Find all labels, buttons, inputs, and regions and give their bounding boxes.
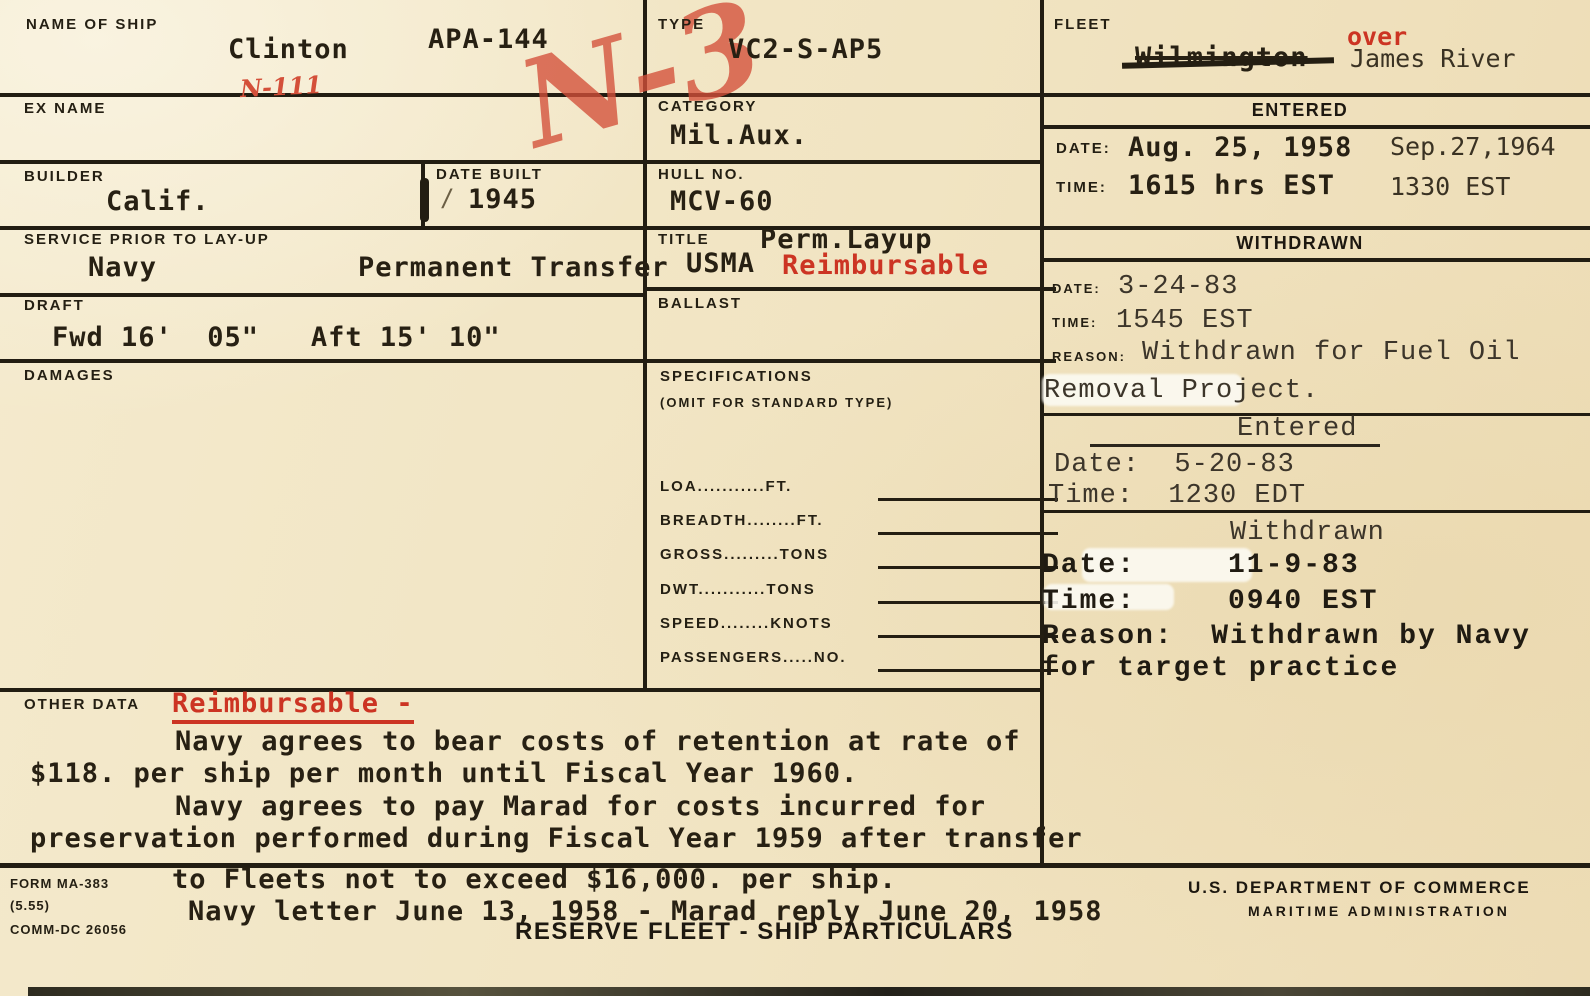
draft-label: DRAFT (24, 297, 85, 314)
hull-no-label: HULL NO. (658, 166, 745, 183)
service-prior-value-1: Navy (88, 252, 157, 283)
other-data-line-2: $118. per ship per month until Fiscal Ye… (30, 758, 858, 789)
entered-time-1: 1615 hrs EST (1128, 170, 1335, 201)
spec-row-loa: LOA...........FT. (660, 478, 792, 495)
entered2-title: Entered (1237, 414, 1357, 444)
date-built-mark: ∕ (440, 184, 454, 212)
specifications-note: (OMIT FOR STANDARD TYPE) (660, 395, 893, 410)
hull-no-value: MCV-60 (670, 186, 774, 217)
fleet-value: James River (1350, 44, 1516, 73)
title-org: USMA (686, 248, 755, 279)
service-prior-value-2: Permanent Transfer (358, 252, 669, 283)
spec-blank-gross (878, 566, 1058, 569)
agency-line-2: MARITIME ADMINISTRATION (1248, 903, 1510, 919)
rule-hullno-top (643, 160, 1040, 164)
rule-service-top (0, 226, 643, 230)
other-data-line-3: Navy agrees to pay Marad for costs incur… (175, 791, 986, 822)
fleet-crossed-out: Wilmington (1135, 42, 1308, 73)
entered-time-2: 1330 EST (1390, 172, 1510, 201)
rule-entered-header-bottom (1040, 125, 1590, 129)
withdrawn2-date-label: Date: (1042, 550, 1136, 581)
entered-date-2: Sep.27,1964 (1390, 132, 1556, 161)
title-red-value: Reimbursable (782, 250, 989, 281)
fleet-label: FLEET (1054, 16, 1112, 33)
rule-ballast-top (643, 287, 1056, 291)
rule-otherdata-top (0, 688, 1040, 692)
entered-header: ENTERED (1040, 100, 1560, 121)
ship-name-value: Clinton (228, 34, 349, 65)
spec-blank-dwt (878, 601, 1058, 604)
withdrawn2-title: Withdrawn (1230, 518, 1385, 548)
form-title: RESERVE FLEET - SHIP PARTICULARS (515, 918, 1014, 946)
withdrawn2-time-label: Time: (1042, 586, 1136, 617)
builder-label: BUILDER (24, 168, 105, 185)
spec-blank-loa (878, 498, 1058, 501)
scan-edge-strip (28, 987, 1590, 996)
entered-time-label: TIME: (1056, 179, 1107, 196)
withdrawn2-date: 11-9-83 (1228, 550, 1360, 581)
spec-row-speed: SPEED........KNOTS (660, 615, 833, 632)
type-label: TYPE (658, 16, 705, 33)
divider-middle-right (1040, 0, 1044, 864)
type-value: VC2-S-AP5 (728, 34, 883, 65)
withdrawn2-time: 0940 EST (1228, 586, 1378, 617)
spec-row-dwt: DWT...........TONS (660, 581, 816, 598)
rule-withdrawn-header-bottom (1040, 258, 1590, 262)
draft-value: Fwd 16' 05" Aft 15' 10" (52, 322, 501, 353)
withdrawn-reason-line-1: Withdrawn for Fuel Oil (1142, 338, 1520, 368)
spec-row-breadth: BREADTH........FT. (660, 512, 824, 529)
withdrawn-date-label: DATE: (1052, 281, 1101, 296)
withdrawn-time: 1545 EST (1116, 306, 1254, 336)
red-handwritten-note: N-111 (239, 70, 322, 103)
damages-label: DAMAGES (24, 367, 115, 384)
other-data-red-heading: Reimbursable - (172, 688, 414, 724)
other-data-overflow-1: to Fleets not to exceed $16,000. per shi… (172, 864, 897, 895)
withdrawn-time-label: TIME: (1052, 315, 1097, 330)
rule-entered-header-top (1040, 93, 1590, 97)
withdrawn-reason-line-2: Removal Project. (1044, 376, 1319, 406)
spec-blank-speed (878, 635, 1058, 638)
withdrawn2-reason-cont: for target practice (1042, 653, 1399, 684)
entered-date-label: DATE: (1056, 140, 1111, 157)
withdrawn-header: WITHDRAWN (1040, 233, 1560, 254)
service-prior-label: SERVICE PRIOR TO LAY-UP (24, 231, 270, 248)
title-label: TITLE (658, 231, 710, 248)
other-data-line-4: preservation performed during Fiscal Yea… (30, 823, 1083, 854)
spec-row-gross: GROSS.........TONS (660, 546, 829, 563)
rule-damages-top (0, 359, 643, 363)
spec-blank-passengers (878, 669, 1058, 672)
rule-specs-top (643, 359, 1056, 363)
form-revision: (5.55) (10, 898, 50, 913)
rule-draft-top (0, 293, 643, 297)
entered-date-1: Aug. 25, 1958 (1128, 132, 1352, 163)
rule-withdrawn-header-top (1040, 226, 1590, 230)
spec-row-passengers: PASSENGERS.....NO. (660, 649, 847, 666)
withdrawn-date: 3-24-83 (1118, 272, 1238, 302)
builder-value: Calif. (106, 186, 210, 217)
other-data-label: OTHER DATA (24, 696, 140, 713)
other-data-line-1: Navy agrees to bear costs of retention a… (175, 726, 1021, 757)
agency-line-1: U.S. DEPARTMENT OF COMMERCE (1188, 878, 1531, 898)
form-comm-code: COMM-DC 26056 (10, 922, 127, 937)
entered2-underline (1090, 444, 1380, 447)
category-label: CATEGORY (658, 98, 757, 115)
ship-particulars-card: NAME OF SHIP Clinton APA-144 N-111 N-3 E… (0, 0, 1590, 996)
ink-blot (420, 178, 429, 222)
entered2-time: Time: 1230 EDT (1048, 481, 1306, 511)
spec-blank-breadth (878, 532, 1058, 535)
withdrawn2-reason: Reason: Withdrawn by Navy (1042, 621, 1531, 652)
ex-name-label: EX NAME (24, 100, 106, 117)
category-value: Mil.Aux. (670, 120, 808, 151)
form-number: FORM MA-383 (10, 876, 109, 891)
date-built-label: DATE BUILT (436, 166, 543, 183)
specifications-label: SPECIFICATIONS (660, 368, 813, 385)
ballast-label: BALLAST (658, 295, 742, 312)
date-built-value: 1945 (468, 184, 537, 215)
entered2-date: Date: 5-20-83 (1054, 450, 1295, 480)
withdrawn-reason-label: REASON: (1052, 349, 1126, 364)
name-of-ship-label: NAME OF SHIP (26, 16, 158, 33)
